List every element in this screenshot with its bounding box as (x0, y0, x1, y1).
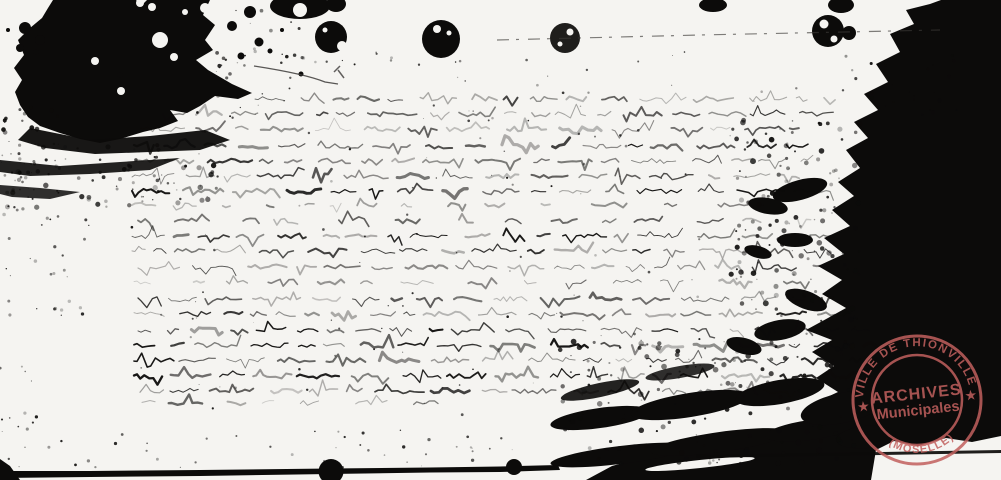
archival-scan-photo: VILLE DE THIONVILLE (MOSELLE) ARCHIVES M… (0, 0, 1001, 480)
binding-dot-2 (422, 20, 460, 58)
stamp-star-left-icon: ★ (857, 399, 869, 414)
manuscript-page: VILLE DE THIONVILLE (MOSELLE) ARCHIVES M… (0, 0, 1001, 480)
stamp-star-right-icon: ★ (965, 388, 977, 403)
binding-dot-4 (812, 15, 844, 47)
